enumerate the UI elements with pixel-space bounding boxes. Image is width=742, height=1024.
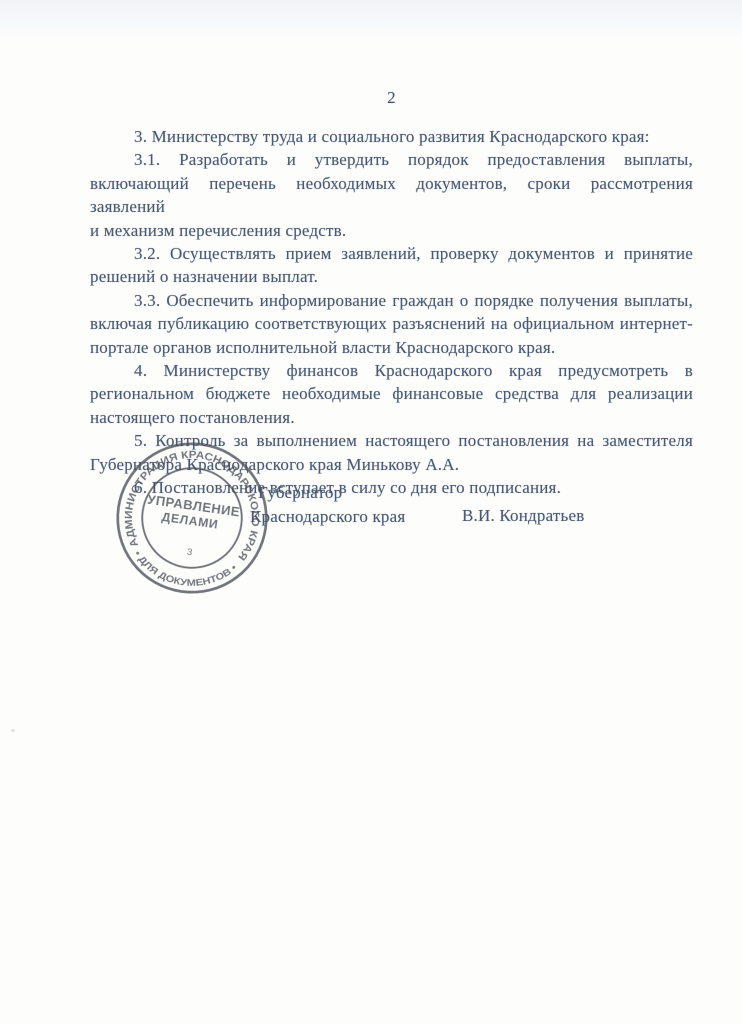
page-number: 2	[90, 87, 693, 109]
scan-speck-artifact	[11, 729, 15, 732]
paragraph-line: и механизм перечисления средств.	[90, 219, 693, 242]
paragraph-line: региональном бюджете необходимые финансо…	[90, 382, 693, 405]
paragraph-line: решений о назначении выплат.	[90, 265, 693, 288]
signature-name: В.И. Кондратьев	[462, 504, 584, 528]
paragraph-line: 3.1. Разработать и утвердить порядок пре…	[90, 148, 693, 171]
paragraph-line: 3.3. Обеспечить информирование граждан о…	[90, 289, 693, 312]
stamp-ring-bottom-text: • ДЛЯ ДОКУМЕНТОВ •	[129, 548, 240, 595]
paragraph-line: портале органов исполнительной власти Кр…	[90, 336, 693, 359]
paragraph-line: настоящего постановления.	[90, 406, 693, 429]
scanned-document-page: 2 3. Министерству труда и социального ра…	[0, 0, 742, 1024]
paragraph-line: включая публикацию соответствующих разъя…	[90, 312, 693, 335]
paragraph-line: 3. Министерству труда и социального разв…	[90, 125, 693, 148]
stamp-number: 3	[186, 547, 193, 559]
paragraph-line: 3.2. Осуществлять прием заявлений, прове…	[90, 242, 693, 265]
paragraph-line: включающий перечень необходимых документ…	[90, 172, 693, 219]
round-stamp: АДМИНИСТРАЦИЯ КРАСНОДАРСКОГО КРАЯ • ДЛЯ …	[103, 429, 281, 607]
signature-role-line2: Краснодарского края	[250, 505, 405, 529]
paragraph-line: 4. Министерству финансов Краснодарского …	[90, 359, 693, 382]
